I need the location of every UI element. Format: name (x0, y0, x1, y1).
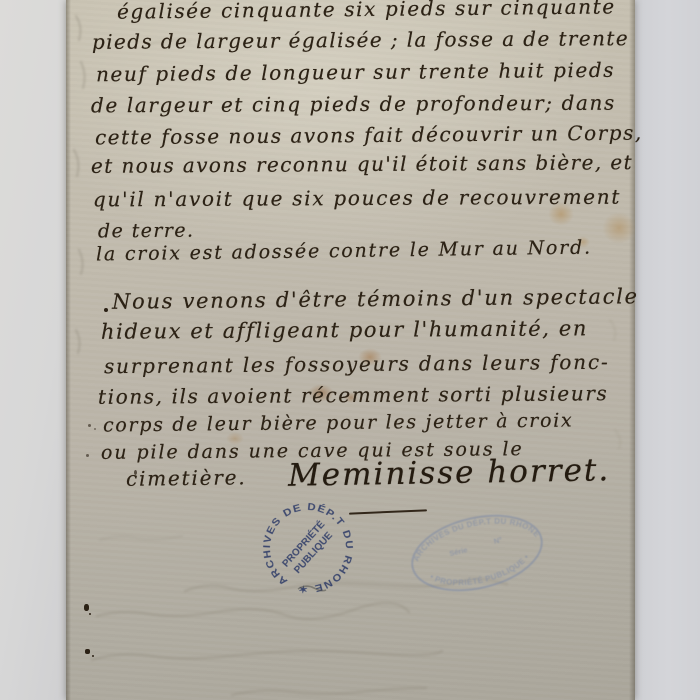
ink-speck (92, 655, 94, 657)
ink-speck (85, 649, 90, 654)
manuscript-line: tions, ils avoient récemment sorti plusi… (98, 381, 608, 409)
table-surface-right (630, 0, 700, 700)
backing-sheet-left (0, 0, 70, 700)
manuscript-line: de terre. (98, 220, 195, 243)
manuscript-line: cette fosse nous avons fait découvrir un… (95, 121, 643, 150)
ink-speck (89, 613, 91, 615)
manuscript-line: neuf pieds de longueur sur trente huit p… (96, 58, 615, 87)
ink-speck (86, 454, 89, 457)
ink-speck (94, 428, 96, 430)
manuscript-line: cimetière. (126, 465, 247, 490)
manuscript-line: de largeur et cinq pieds de profondeur; … (91, 91, 616, 118)
latin-phrase: Meminisse horret. (288, 452, 611, 494)
manuscript-line: surprenant les fossoyeurs dans leurs fon… (104, 350, 610, 378)
manuscript-line: hideux et affligeant pour l'humanité, en (101, 316, 588, 343)
manuscript-line: pieds de largeur égalisée ; la fosse a d… (92, 26, 629, 54)
manuscript-line: qu'il n'avoit que six pouces de recouvre… (93, 185, 621, 212)
ink-speck (88, 424, 91, 427)
ink-speck (84, 604, 89, 611)
manuscript-line: et nous avons reconnu qu'il étoit sans b… (91, 150, 633, 178)
ink-speck (104, 308, 108, 312)
photo-of-manuscript: { "manuscript": { "lines": [ "égalisée c… (0, 0, 700, 700)
